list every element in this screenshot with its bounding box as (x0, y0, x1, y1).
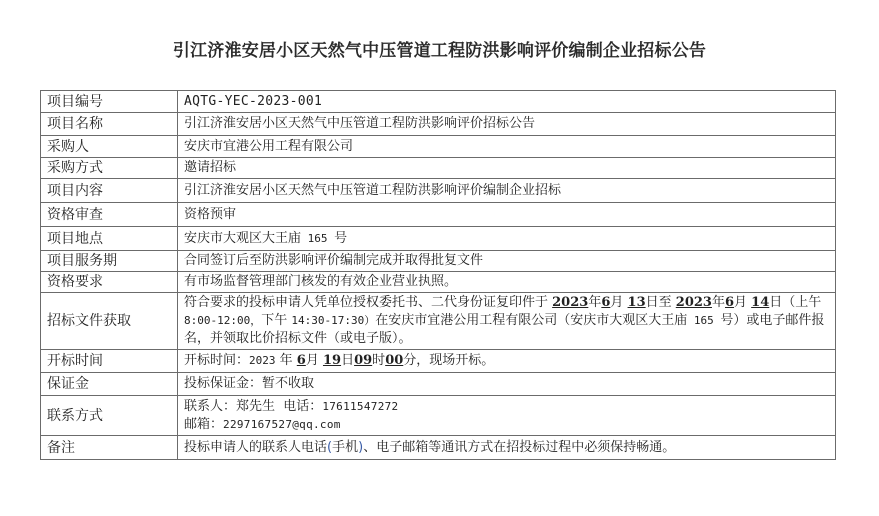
remarks-text: 投标申请人的联系人电话 (184, 440, 327, 455)
start-day: 13 (628, 295, 646, 310)
value-deposit: 投标保证金：暂不收取 (178, 373, 836, 396)
value-project-name: 引江济淮安居小区天然气中压管道工程防洪影响评价招标公告 (178, 113, 836, 136)
table-row-project-name: 项目名称 引江济淮安居小区天然气中压管道工程防洪影响评价招标公告 (41, 113, 836, 136)
label-project-location: 项目地点 (41, 227, 178, 251)
label-qualification-requirement: 资格要求 (41, 272, 178, 293)
contact-phone: 17611547272 (322, 400, 398, 413)
value-qualification-review: 资格预审 (178, 203, 836, 227)
value-purchaser: 安庆市宜港公用工程有限公司 (178, 136, 836, 158)
table-row-project-no: 项目编号 AQTG-YEC-2023-001 (41, 91, 836, 113)
start-year: 2023 (552, 295, 588, 310)
label-project-no: 项目编号 (41, 91, 178, 113)
bid-month: 6 (297, 353, 306, 368)
contact-email: 2297167527@qq.com (223, 418, 341, 431)
value-project-content: 引江济淮安居小区天然气中压管道工程防洪影响评价编制企业招标 (178, 179, 836, 203)
bid-text: 时 (372, 353, 385, 368)
bid-text: 年 (276, 353, 297, 368)
contact-phone-label: 电话： (283, 399, 322, 414)
acquisition-text: 年 (588, 295, 601, 310)
value-bid-opening: 开标时间：2023 年 6月 19日09时00分，现场开标。 (178, 350, 836, 373)
page-title: 引江济淮安居小区天然气中压管道工程防洪影响评价编制企业招标公告 (0, 36, 879, 61)
contact-person-label: 联系人： (184, 399, 236, 414)
end-year: 2023 (676, 295, 712, 310)
table-row-qualification-requirement: 资格要求 有市场监督管理部门核发的有效企业营业执照。 (41, 272, 836, 293)
value-remarks: 投标申请人的联系人电话(手机)、电子邮箱等通讯方式在招投标过程中必须保持畅通。 (178, 436, 836, 460)
table-row-deposit: 保证金 投标保证金：暂不收取 (41, 373, 836, 396)
value-qualification-requirement: 有市场监督管理部门核发的有效企业营业执照。 (178, 272, 836, 293)
bid-text: 分，现场开标。 (403, 353, 494, 368)
label-remarks: 备注 (41, 436, 178, 460)
table-row-qualification-review: 资格审查 资格预审 (41, 203, 836, 227)
bid-year: 2023 (249, 354, 276, 367)
label-contact: 联系方式 (41, 396, 178, 436)
contact-email-label: 邮箱： (184, 417, 223, 432)
end-month: 6 (725, 295, 734, 310)
acquisition-text: 月 (610, 295, 623, 310)
bid-day: 19 (323, 353, 341, 368)
bid-text: 月 (306, 353, 323, 368)
acquisition-text: 在安庆市宜港公用工程有限公司（安庆市大观区大王庙 (375, 313, 687, 328)
table-row-project-content: 项目内容 引江济淮安居小区天然气中压管道工程防洪影响评价编制企业招标 (41, 179, 836, 203)
table-row-procurement-method: 采购方式 邀请招标 (41, 158, 836, 179)
location-suffix: 号 (334, 231, 347, 246)
acquisition-text: 月 (734, 295, 751, 310)
value-document-acquisition: 符合要求的投标申请人凭单位授权委托书、二代身份证复印件于 2023年6月 13日… (178, 293, 836, 350)
acquisition-text: 日（上午 (769, 295, 821, 310)
value-service-period: 合同签订后至防洪影响评价编制完成并取得批复文件 (178, 251, 836, 272)
afternoon-hours: 14:30-17:30） (291, 314, 375, 327)
contact-person: 郑先生 (236, 399, 275, 414)
table-row-remarks: 备注 投标申请人的联系人电话(手机)、电子邮箱等通讯方式在招投标过程中必须保持畅… (41, 436, 836, 460)
label-bid-opening: 开标时间 (41, 350, 178, 373)
label-document-acquisition: 招标文件获取 (41, 293, 178, 350)
remarks-text: 、电子邮箱等通讯方式在招投标过程中必须保持畅通。 (363, 440, 675, 455)
bid-opening-prefix: 开标时间： (184, 353, 249, 368)
contact-line-email: 邮箱：2297167527@qq.com (184, 416, 829, 434)
label-qualification-review: 资格审查 (41, 203, 178, 227)
bid-minute: 00 (385, 353, 403, 368)
bid-hour: 09 (354, 353, 372, 368)
acquisition-text: 日至 (646, 295, 676, 310)
acquisition-text: 年 (712, 295, 725, 310)
table-row-contact: 联系方式 联系人：郑先生 电话：17611547272 邮箱：229716752… (41, 396, 836, 436)
table-row-bid-opening: 开标时间 开标时间：2023 年 6月 19日09时00分，现场开标。 (41, 350, 836, 373)
location-text: 安庆市大观区大王庙 (184, 231, 301, 246)
label-deposit: 保证金 (41, 373, 178, 396)
label-project-name: 项目名称 (41, 113, 178, 136)
value-procurement-method: 邀请招标 (178, 158, 836, 179)
table-row-purchaser: 采购人 安庆市宜港公用工程有限公司 (41, 136, 836, 158)
acquisition-text: 符合要求的投标申请人凭单位授权委托书、二代身份证复印件于 (184, 295, 552, 310)
label-procurement-method: 采购方式 (41, 158, 178, 179)
value-project-location: 安庆市大观区大王庙 165 号 (178, 227, 836, 251)
bid-text: 日 (341, 353, 354, 368)
morning-hours: 8:00-12:00， (184, 314, 261, 327)
table-row-service-period: 项目服务期 合同签订后至防洪影响评价编制完成并取得批复文件 (41, 251, 836, 272)
contact-line-person: 联系人：郑先生 电话：17611547272 (184, 398, 829, 416)
value-contact: 联系人：郑先生 电话：17611547272 邮箱：2297167527@qq.… (178, 396, 836, 436)
location-number: 165 (301, 232, 334, 245)
label-purchaser: 采购人 (41, 136, 178, 158)
remarks-paren-text: 手机 (332, 440, 358, 455)
label-service-period: 项目服务期 (41, 251, 178, 272)
table-row-project-location: 项目地点 安庆市大观区大王庙 165 号 (41, 227, 836, 251)
acquisition-text: 下午 (261, 313, 291, 328)
value-project-no: AQTG-YEC-2023-001 (178, 91, 836, 113)
table-row-document-acquisition: 招标文件获取 符合要求的投标申请人凭单位授权委托书、二代身份证复印件于 2023… (41, 293, 836, 350)
notice-table: 项目编号 AQTG-YEC-2023-001 项目名称 引江济淮安居小区天然气中… (40, 90, 836, 460)
address-number: 165 (687, 314, 720, 327)
end-day: 14 (751, 295, 769, 310)
label-project-content: 项目内容 (41, 179, 178, 203)
